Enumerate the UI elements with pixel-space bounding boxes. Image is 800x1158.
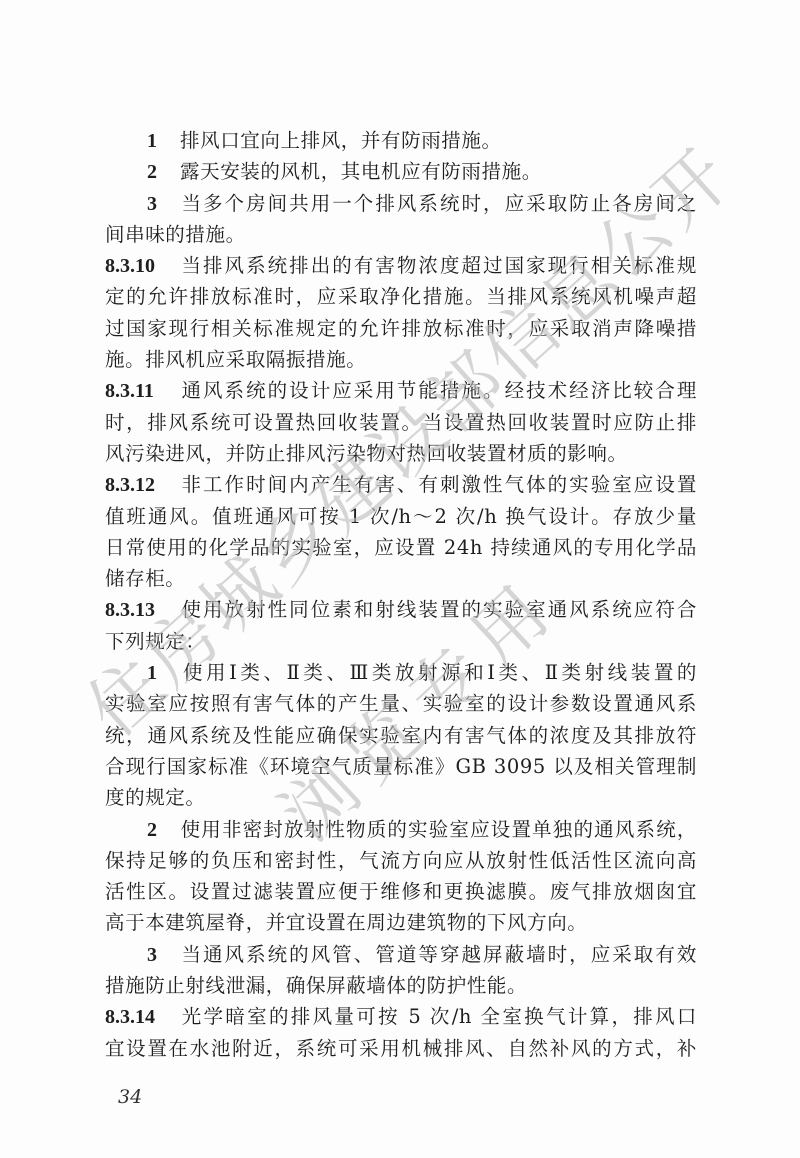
item-number: 1 bbox=[147, 126, 180, 157]
text-line: 储存柜。 bbox=[105, 563, 697, 594]
line-text: 统，通风系统及性能应确保实验室内有害气体的浓度及其排放符 bbox=[105, 724, 697, 747]
text-line: 高于本建筑屋脊，并宜设置在周边建筑物的下风方向。 bbox=[105, 907, 697, 938]
line-text: 储存柜。 bbox=[105, 567, 185, 590]
line-text: 日常使用的化学品的实验室，应设置 24h 持续通风的专用化学品 bbox=[105, 536, 697, 559]
line-text: 当排风系统排出的有害物浓度超过国家现行相关标准规 bbox=[180, 254, 697, 277]
line-text: 使用放射性同位素和射线装置的实验室通风系统应符合 bbox=[180, 598, 697, 621]
line-text: 光学暗室的排风量可按 5 次/h 全室换气计算，排风口 bbox=[180, 1005, 697, 1028]
document-page: 1排风口宜向上排风，并有防雨措施。2露天安装的风机，其电机应有防雨措施。3当多个… bbox=[0, 0, 800, 1158]
list-item-line: 1使用Ⅰ类、Ⅱ类、Ⅲ类放射源和Ⅰ类、Ⅱ类射线装置的 bbox=[105, 657, 697, 688]
text-line: 下列规定： bbox=[105, 626, 697, 657]
line-text: 间串味的措施。 bbox=[105, 223, 246, 246]
line-text: 风污染进风，并防止排风污染物对热回收装置材质的影响。 bbox=[105, 442, 628, 465]
item-number: 3 bbox=[147, 189, 180, 220]
clause-line: 8.3.10当排风系统排出的有害物浓度超过国家现行相关标准规 bbox=[105, 250, 697, 281]
line-text: 施。排风机应采取隔振措施。 bbox=[105, 348, 366, 371]
clause-line: 8.3.12非工作时间内产生有害、有刺激性气体的实验室应设置 bbox=[105, 469, 697, 500]
text-line: 合现行国家标准《环境空气质量标准》GB 3095 以及相关管理制 bbox=[105, 751, 697, 782]
clause-number: 8.3.12 bbox=[105, 470, 180, 501]
item-number: 2 bbox=[147, 815, 180, 846]
text-line: 实验室应按照有害气体的产生量、实验室的设计参数设置通风系 bbox=[105, 688, 697, 719]
line-text: 通风系统的设计应采用节能措施。经技术经济比较合理 bbox=[180, 379, 697, 402]
clause-line: 8.3.11通风系统的设计应采用节能措施。经技术经济比较合理 bbox=[105, 375, 697, 406]
text-line: 定的允许排放标准时，应采取净化措施。当排风系统风机噪声超 bbox=[105, 281, 697, 312]
line-text: 使用Ⅰ类、Ⅱ类、Ⅲ类放射源和Ⅰ类、Ⅱ类射线装置的 bbox=[180, 661, 697, 684]
text-line: 间串味的措施。 bbox=[105, 219, 697, 250]
line-text: 非工作时间内产生有害、有刺激性气体的实验室应设置 bbox=[180, 473, 697, 496]
text-line: 保持足够的负压和密封性，气流方向应从放射性低活性区流向高 bbox=[105, 845, 697, 876]
text-line: 度的规定。 bbox=[105, 782, 697, 813]
clause-line: 8.3.13使用放射性同位素和射线装置的实验室通风系统应符合 bbox=[105, 594, 697, 625]
list-item-line: 2露天安装的风机，其电机应有防雨措施。 bbox=[105, 156, 697, 187]
line-text: 宜设置在水池附近，系统可采用机械排风、自然补风的方式，补 bbox=[105, 1037, 697, 1060]
line-text: 时，排风系统可设置热回收装置。当设置热回收装置时应防止排 bbox=[105, 411, 697, 434]
line-text: 活性区。设置过滤装置应便于维修和更换滤膜。废气排放烟囱宜 bbox=[105, 880, 697, 903]
line-text: 高于本建筑屋脊，并宜设置在周边建筑物的下风方向。 bbox=[105, 911, 587, 934]
text-line: 活性区。设置过滤装置应便于维修和更换滤膜。废气排放烟囱宜 bbox=[105, 876, 697, 907]
text-line: 时，排风系统可设置热回收装置。当设置热回收装置时应防止排 bbox=[105, 407, 697, 438]
list-item-line: 1排风口宜向上排风，并有防雨措施。 bbox=[105, 125, 697, 156]
line-text: 过国家现行相关标准规定的允许排放标准时，应采取消声降噪措 bbox=[105, 317, 697, 340]
clause-number: 8.3.13 bbox=[105, 595, 180, 626]
body-text: 1排风口宜向上排风，并有防雨措施。2露天安装的风机，其电机应有防雨措施。3当多个… bbox=[105, 125, 697, 1064]
text-line: 统，通风系统及性能应确保实验室内有害气体的浓度及其排放符 bbox=[105, 720, 697, 751]
line-text: 排风口宜向上排风，并有防雨措施。 bbox=[180, 129, 502, 152]
item-number: 1 bbox=[147, 658, 180, 689]
line-text: 当多个房间共用一个排风系统时，应采取防止各房间之 bbox=[180, 192, 697, 215]
text-line: 日常使用的化学品的实验室，应设置 24h 持续通风的专用化学品 bbox=[105, 532, 697, 563]
list-item-line: 2使用非密封放射性物质的实验室应设置单独的通风系统， bbox=[105, 814, 697, 845]
line-text: 使用非密封放射性物质的实验室应设置单独的通风系统， bbox=[180, 818, 697, 841]
list-item-line: 3当通风系统的风管、管道等穿越屏蔽墙时，应采取有效 bbox=[105, 939, 697, 970]
line-text: 度的规定。 bbox=[105, 786, 206, 809]
line-text: 当通风系统的风管、管道等穿越屏蔽墙时，应采取有效 bbox=[180, 943, 697, 966]
line-text: 露天安装的风机，其电机应有防雨措施。 bbox=[180, 160, 542, 183]
line-text: 值班通风。值班通风可按 1 次/h～2 次/h 换气设计。存放少量 bbox=[105, 505, 697, 528]
line-text: 措施防止射线泄漏，确保屏蔽墙体的防护性能。 bbox=[105, 974, 527, 997]
list-item-line: 3当多个房间共用一个排风系统时，应采取防止各房间之 bbox=[105, 188, 697, 219]
clause-number: 8.3.11 bbox=[105, 376, 180, 407]
line-text: 定的允许排放标准时，应采取净化措施。当排风系统风机噪声超 bbox=[105, 285, 697, 308]
clause-number: 8.3.14 bbox=[105, 1002, 180, 1033]
line-text: 保持足够的负压和密封性，气流方向应从放射性低活性区流向高 bbox=[105, 849, 697, 872]
text-line: 风污染进风，并防止排风污染物对热回收装置材质的影响。 bbox=[105, 438, 697, 469]
text-line: 措施防止射线泄漏，确保屏蔽墙体的防护性能。 bbox=[105, 970, 697, 1001]
line-text: 合现行国家标准《环境空气质量标准》GB 3095 以及相关管理制 bbox=[105, 755, 697, 778]
text-line: 值班通风。值班通风可按 1 次/h～2 次/h 换气设计。存放少量 bbox=[105, 501, 697, 532]
item-number: 2 bbox=[147, 157, 180, 188]
text-line: 宜设置在水池附近，系统可采用机械排风、自然补风的方式，补 bbox=[105, 1033, 697, 1064]
line-text: 实验室应按照有害气体的产生量、实验室的设计参数设置通风系 bbox=[105, 692, 697, 715]
text-line: 施。排风机应采取隔振措施。 bbox=[105, 344, 697, 375]
clause-number: 8.3.10 bbox=[105, 251, 180, 282]
text-line: 过国家现行相关标准规定的允许排放标准时，应采取消声降噪措 bbox=[105, 313, 697, 344]
page-number: 34 bbox=[118, 1086, 142, 1108]
line-text: 下列规定： bbox=[105, 630, 206, 653]
item-number: 3 bbox=[147, 940, 180, 971]
clause-line: 8.3.14光学暗室的排风量可按 5 次/h 全室换气计算，排风口 bbox=[105, 1001, 697, 1032]
